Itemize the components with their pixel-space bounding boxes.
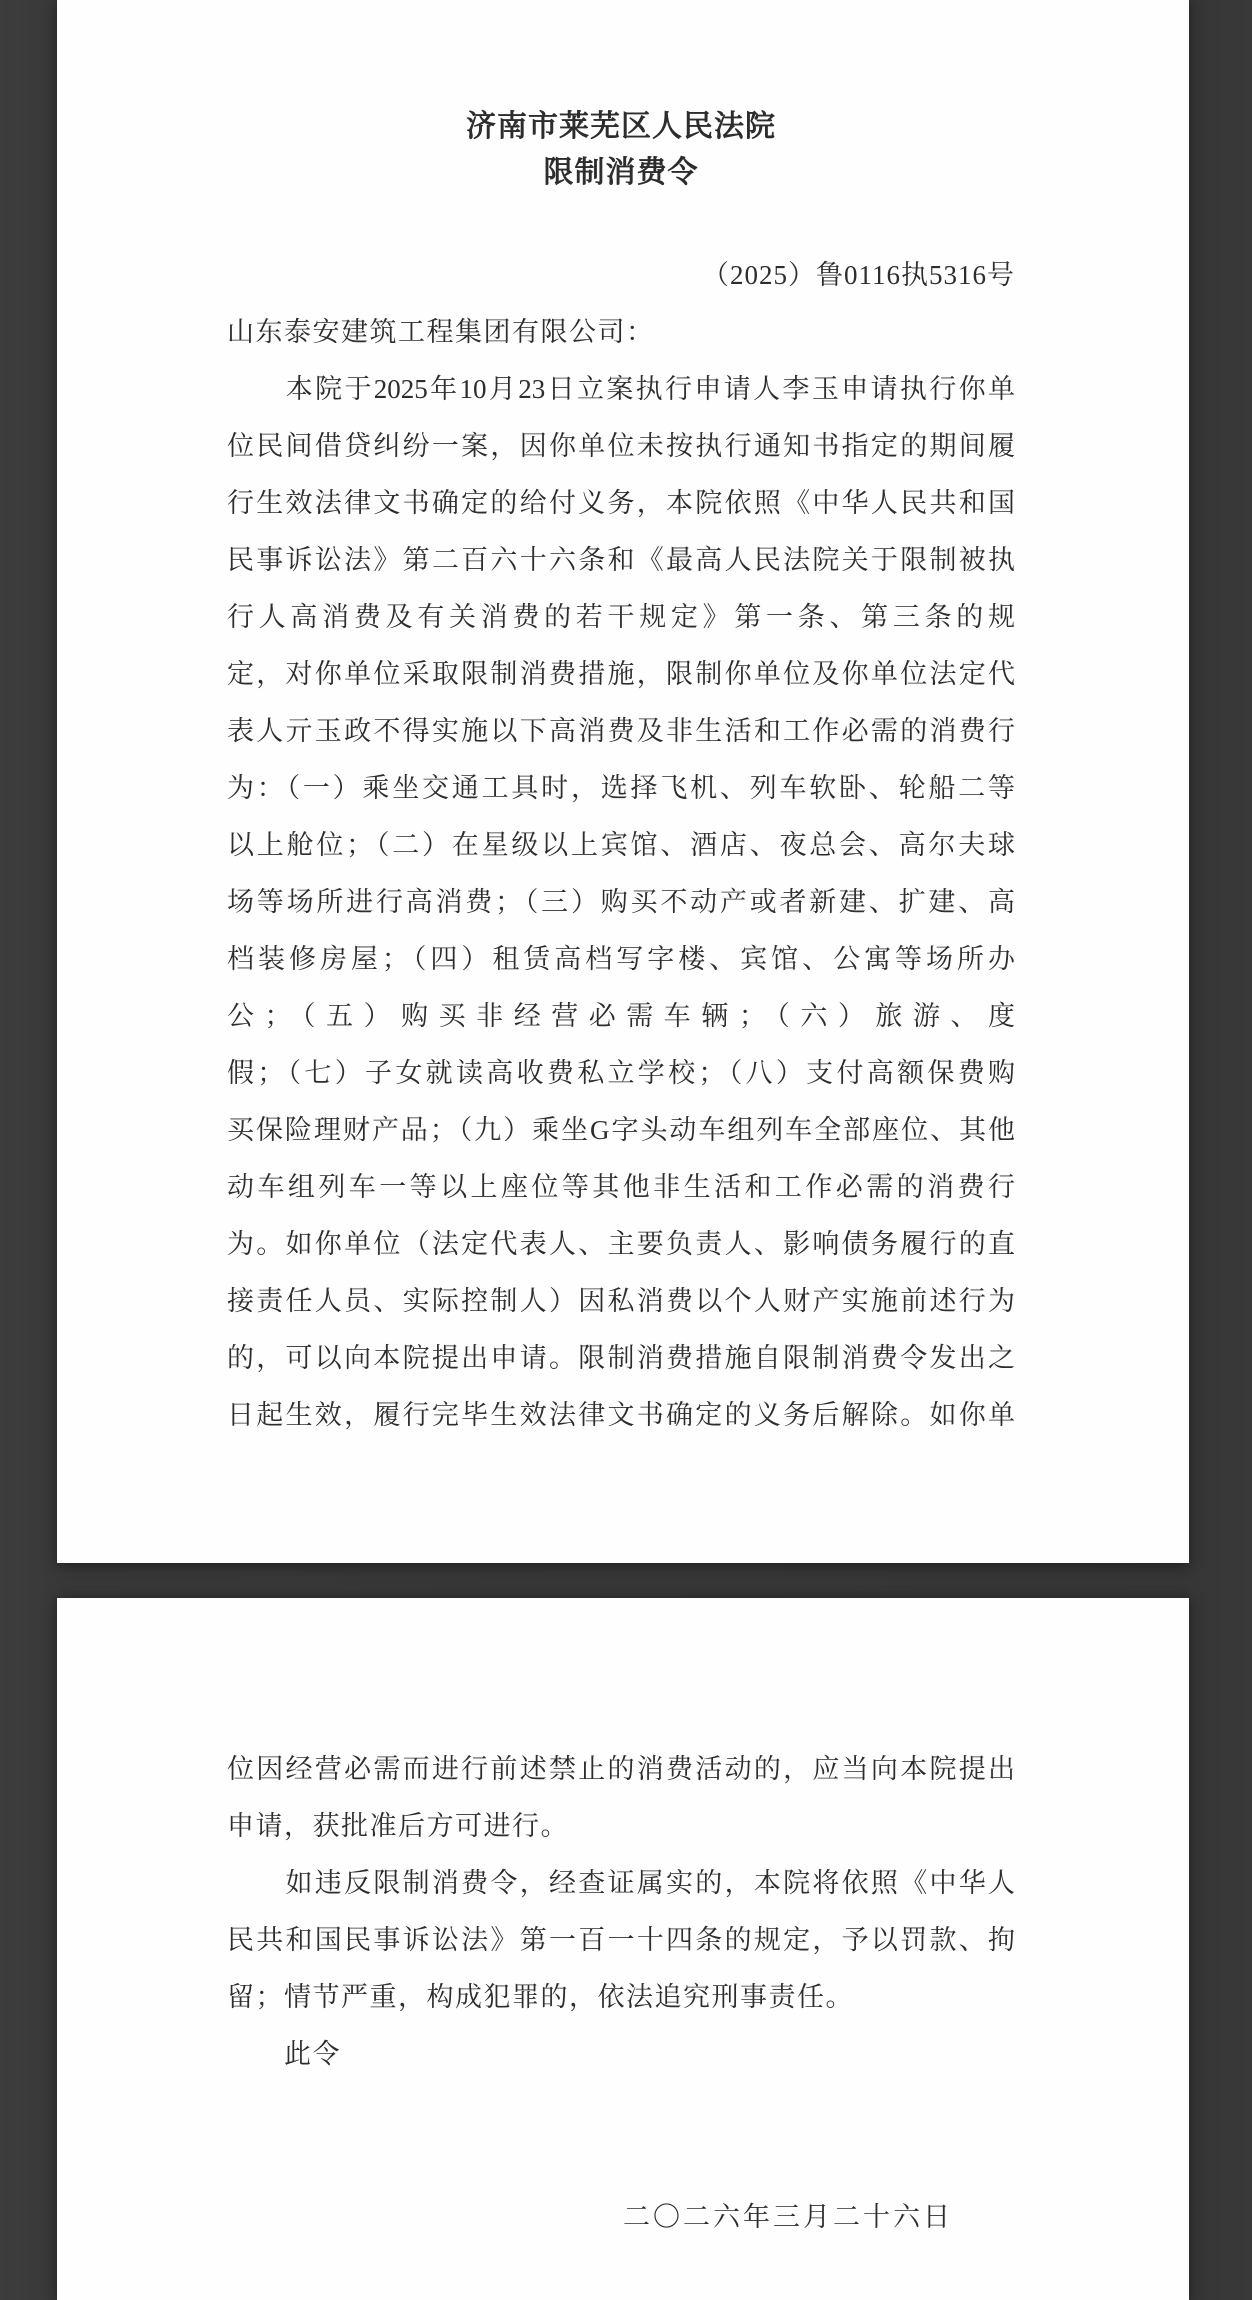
body-line: 接责任人员、实际控制人）因私消费以个人财产实施前述行为 (227, 1273, 1015, 1330)
body-line: 档装修房屋；（四）租赁高档写字楼、宾馆、公寓等场所办 (227, 931, 1015, 988)
body-line: 行人高消费及有关消费的若干规定》第一条、第三条的规 (227, 589, 1015, 646)
body-line: 日起生效，履行完毕生效法律文书确定的义务后解除。如你单 (227, 1387, 1015, 1444)
order-title: 限制消费令 (227, 150, 1015, 196)
closing-phrase: 此令 (227, 2026, 1015, 2083)
body-line: 以上舱位；（二）在星级以上宾馆、酒店、夜总会、高尔夫球 (227, 817, 1015, 874)
body-line: 动车组列车一等以上座位等其他非生活和工作必需的消费行 (227, 1159, 1015, 1216)
body-line: 为。如你单位（法定代表人、主要负责人、影响债务履行的直 (227, 1216, 1015, 1273)
document-page-1: 济南市莱芜区人民法院 限制消费令 （2025）鲁0116执5316号 山东泰安建… (57, 0, 1189, 1563)
body-line: 如违反限制消费令，经查证属实的，本院将依照《中华人 (227, 1855, 1015, 1912)
body-line: 定，对你单位采取限制消费措施，限制你单位及你单位法定代 (227, 646, 1015, 703)
body-line: 位民间借贷纠纷一案，因你单位未按执行通知书指定的期间履 (227, 418, 1015, 475)
case-number: （2025）鲁0116执5316号 (227, 247, 1015, 304)
body-line: 位因经营必需而进行前述禁止的消费活动的，应当向本院提出 (227, 1741, 1015, 1798)
body-line: 申请，获批准后方可进行。 (227, 1798, 1015, 1855)
body-line: 公；（五）购买非经营必需车辆；（六）旅游、度 (227, 988, 1015, 1045)
body-line: 留；情节严重，构成犯罪的，依法追究刑事责任。 (227, 1969, 1015, 2026)
body-line: 的，可以向本院提出申请。限制消费措施自限制消费令发出之 (227, 1330, 1015, 1387)
body-line: 买保险理财产品；（九）乘坐G字头动车组列车全部座位、其他 (227, 1102, 1015, 1159)
body-line: 民共和国民事诉讼法》第一百一十四条的规定，予以罚款、拘 (227, 1912, 1015, 1969)
body-line: 民事诉讼法》第二百六十六条和《最高人民法院关于限制被执 (227, 532, 1015, 589)
body-line: 场等场所进行高消费；（三）购买不动产或者新建、扩建、高 (227, 874, 1015, 931)
body-line: 行生效法律文书确定的给付义务，本院依照《中华人民共和国 (227, 475, 1015, 532)
issue-date: 二〇二六年三月二十六日 (227, 2189, 1015, 2246)
addressee: 山东泰安建筑工程集团有限公司： (227, 304, 1015, 361)
body-line: 本院于2025年10月23日立案执行申请人李玉申请执行你单 (227, 361, 1015, 418)
document-page-2: 位因经营必需而进行前述禁止的消费活动的，应当向本院提出 申请，获批准后方可进行。… (57, 1598, 1189, 2300)
body-line: 表人亓玉政不得实施以下高消费及非生活和工作必需的消费行 (227, 703, 1015, 760)
body-line: 为：（一）乘坐交通工具时，选择飞机、列车软卧、轮船二等 (227, 760, 1015, 817)
body-line: 假；（七）子女就读高收费私立学校；（八）支付高额保费购 (227, 1045, 1015, 1102)
court-name: 济南市莱芜区人民法院 (227, 104, 1015, 150)
